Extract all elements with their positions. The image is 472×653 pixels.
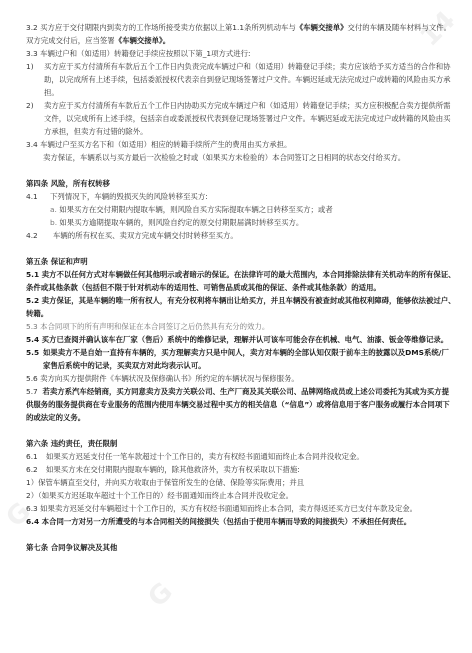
watermark: G: [143, 577, 179, 613]
section-4-heading: 第四条 风险，所有权转移: [26, 177, 456, 190]
section-7-heading: 第七条 合同争议解决及其他: [26, 541, 456, 554]
clause-5-5: 5.5如果卖方不是自始一直持有车辆的，买方理解卖方只是中间人，卖方对车辆的全部认…: [26, 346, 456, 372]
clause-text: 如果买方迟延支付任一笔车款超过十个工作日的，卖方有权经书面通知而终止本合同并没收…: [46, 452, 364, 461]
clause-3-3-item-1: 1)买方应于买方付清所有车款后五个工作日内负责完成车辆过户和（如适用）转籍登记手…: [26, 60, 456, 99]
clause-emphasis: 《车辆交接单》。: [115, 36, 170, 45]
clause-text: 3.2 买方应于交付期限内到卖方的工作场所接受卖方依据以上第1.1条所列机动车与: [26, 23, 296, 32]
clause-4-1-a: a. 如果买方在交付期限内提取车辆，则风险自买方实际提取车辆之日转移至买方；或者: [26, 203, 456, 216]
item-text: 买方应于买方付清所有车款后五个工作日内负责完成车辆过户和（如适用）转籍登记手续；…: [44, 62, 451, 97]
item-number: 1): [26, 60, 44, 73]
clause-text: 车辆的所有权在买、卖双方完成车辆交付时转移至买方。: [53, 231, 238, 240]
clause-5-7: 5.7 若卖方系汽车经销商，买方同意卖方及卖方关联公司、生产厂商及其关联公司、品…: [26, 385, 456, 424]
clause-text: 若卖方系汽车经销商，买方同意卖方及卖方关联公司、生产厂商及其关联公司、品牌网络成…: [26, 387, 450, 422]
clause-4-1: 4.1下列情况下，车辆的毁损灭失的风险转移至买方:: [26, 190, 456, 203]
item-label: a.: [50, 205, 57, 214]
item-text: 如果买方在交付期限内提取车辆，则风险自买方实际提取车辆之日转移至买方；或者: [59, 205, 332, 214]
clause-5-3: 5.3 本合同项下的所有声明和保证在本合同签订之后仍然具有充分的效力。: [26, 320, 456, 333]
item-text: 如果买方逾期提取车辆的，则风险自约定的原交付期限届满时转移至买方。: [59, 218, 303, 227]
clause-5-1: 5.1 卖方不以任何方式对车辆做任何其他明示或者暗示的保证。在法律许可的最大范围…: [26, 268, 456, 294]
clause-number: 5.7: [26, 387, 38, 396]
item-number: 2): [26, 99, 44, 112]
clause-emphasis: 《车辆交接单》: [296, 23, 348, 32]
clause-6-2-measure-2: 2）（如果买方迟延取车超过十个工作日的）经书面通知而终止本合同并没收定金。: [26, 489, 456, 502]
clause-6-4: 6.4 本合同一方对另一方所遭受的与本合同相关的间接损失（包括由于使用车辆而导致…: [26, 515, 456, 528]
item-text: 卖方应于买方付清所有车款后五个工作日内协助买方完成车辆过户和（如适用）转籍登记手…: [44, 101, 451, 136]
section-5-heading: 第五条 保证和声明: [26, 255, 456, 268]
clause-3-2: 3.2 买方应于交付期限内到卖方的工作场所接受卖方依据以上第1.1条所列机动车与…: [26, 21, 456, 47]
clause-3-3: 3.3 车辆过户和（如适用）转籍登记手续应按照以下第_1项方式进行:: [26, 47, 456, 60]
clause-number: 4.2: [26, 229, 53, 242]
clause-5-2: 5.2 卖方保证，其是车辆的唯一所有权人，有充分权利将车辆出让给买方，并且车辆没…: [26, 294, 456, 320]
clause-number: 4.1: [26, 190, 50, 203]
clause-text: 如果买方未在交付期限内提取车辆的，除其他救济外，卖方有权采取以下措施:: [46, 465, 300, 474]
clause-text: 如果卖方不是自始一直持有车辆的，买方理解卖方只是中间人，卖方对车辆的全部认知仅限…: [43, 348, 449, 370]
clause-3-3-item-2: 2)卖方应于买方付清所有车款后五个工作日内协助买方完成车辆过户和（如适用）转籍登…: [26, 99, 456, 138]
contract-page: 3.2 买方应于交付期限内到卖方的工作场所接受卖方依据以上第1.1条所列机动车与…: [26, 21, 456, 554]
clause-3-4: 3.4 车辆过户至买方名下和（如适用）相应的转籍手续所产生的费用由买方承担。: [26, 138, 456, 151]
clause-6-3: 6.3 如果卖方迟延交付车辆超过十个工作日的，买方有权经书面通知而终止本合同，卖…: [26, 502, 456, 515]
section-6-heading: 第六条 违约责任，责任限制: [26, 437, 456, 450]
clause-5-6: 5.6 卖方向买方提供附件《车辆状况及保修确认书》所约定的车辆状况与保修服务。: [26, 372, 456, 385]
item-label: b.: [50, 218, 57, 227]
clause-number: 5.5: [26, 346, 43, 359]
clause-6-1: 6.1如果买方迟延支付任一笔车款超过十个工作日的，卖方有权经书面通知而终止本合同…: [26, 450, 456, 463]
clause-6-2: 6.2如果买方未在交付期限内提取车辆的，除其他救济外，卖方有权采取以下措施:: [26, 463, 456, 476]
clause-4-1-b: b. 如果买方逾期提取车辆的，则风险自约定的原交付期限届满时转移至买方。: [26, 216, 456, 229]
clause-number: 6.1: [26, 450, 46, 463]
clause-4-2: 4.2车辆的所有权在买、卖双方完成车辆交付时转移至买方。: [26, 229, 456, 242]
clause-3-4-continuation: 卖方保证，车辆系以与买方最后一次检验之时或（如果买方未检验的）本合同签订之日相同…: [26, 151, 456, 164]
clause-text: 下列情况下，车辆的毁损灭失的风险转移至买方:: [50, 192, 208, 201]
clause-5-4: 5.4 买方已查阅并确认该车在厂家（售后）系统中的维修记录，理解并认可该车可能会…: [26, 333, 456, 346]
clause-number: 6.2: [26, 463, 46, 476]
clause-6-2-measure-1: 1）保管车辆直至交付，并向买方收取由于保管所发生的仓储、保险等实际费用；并且: [26, 476, 456, 489]
